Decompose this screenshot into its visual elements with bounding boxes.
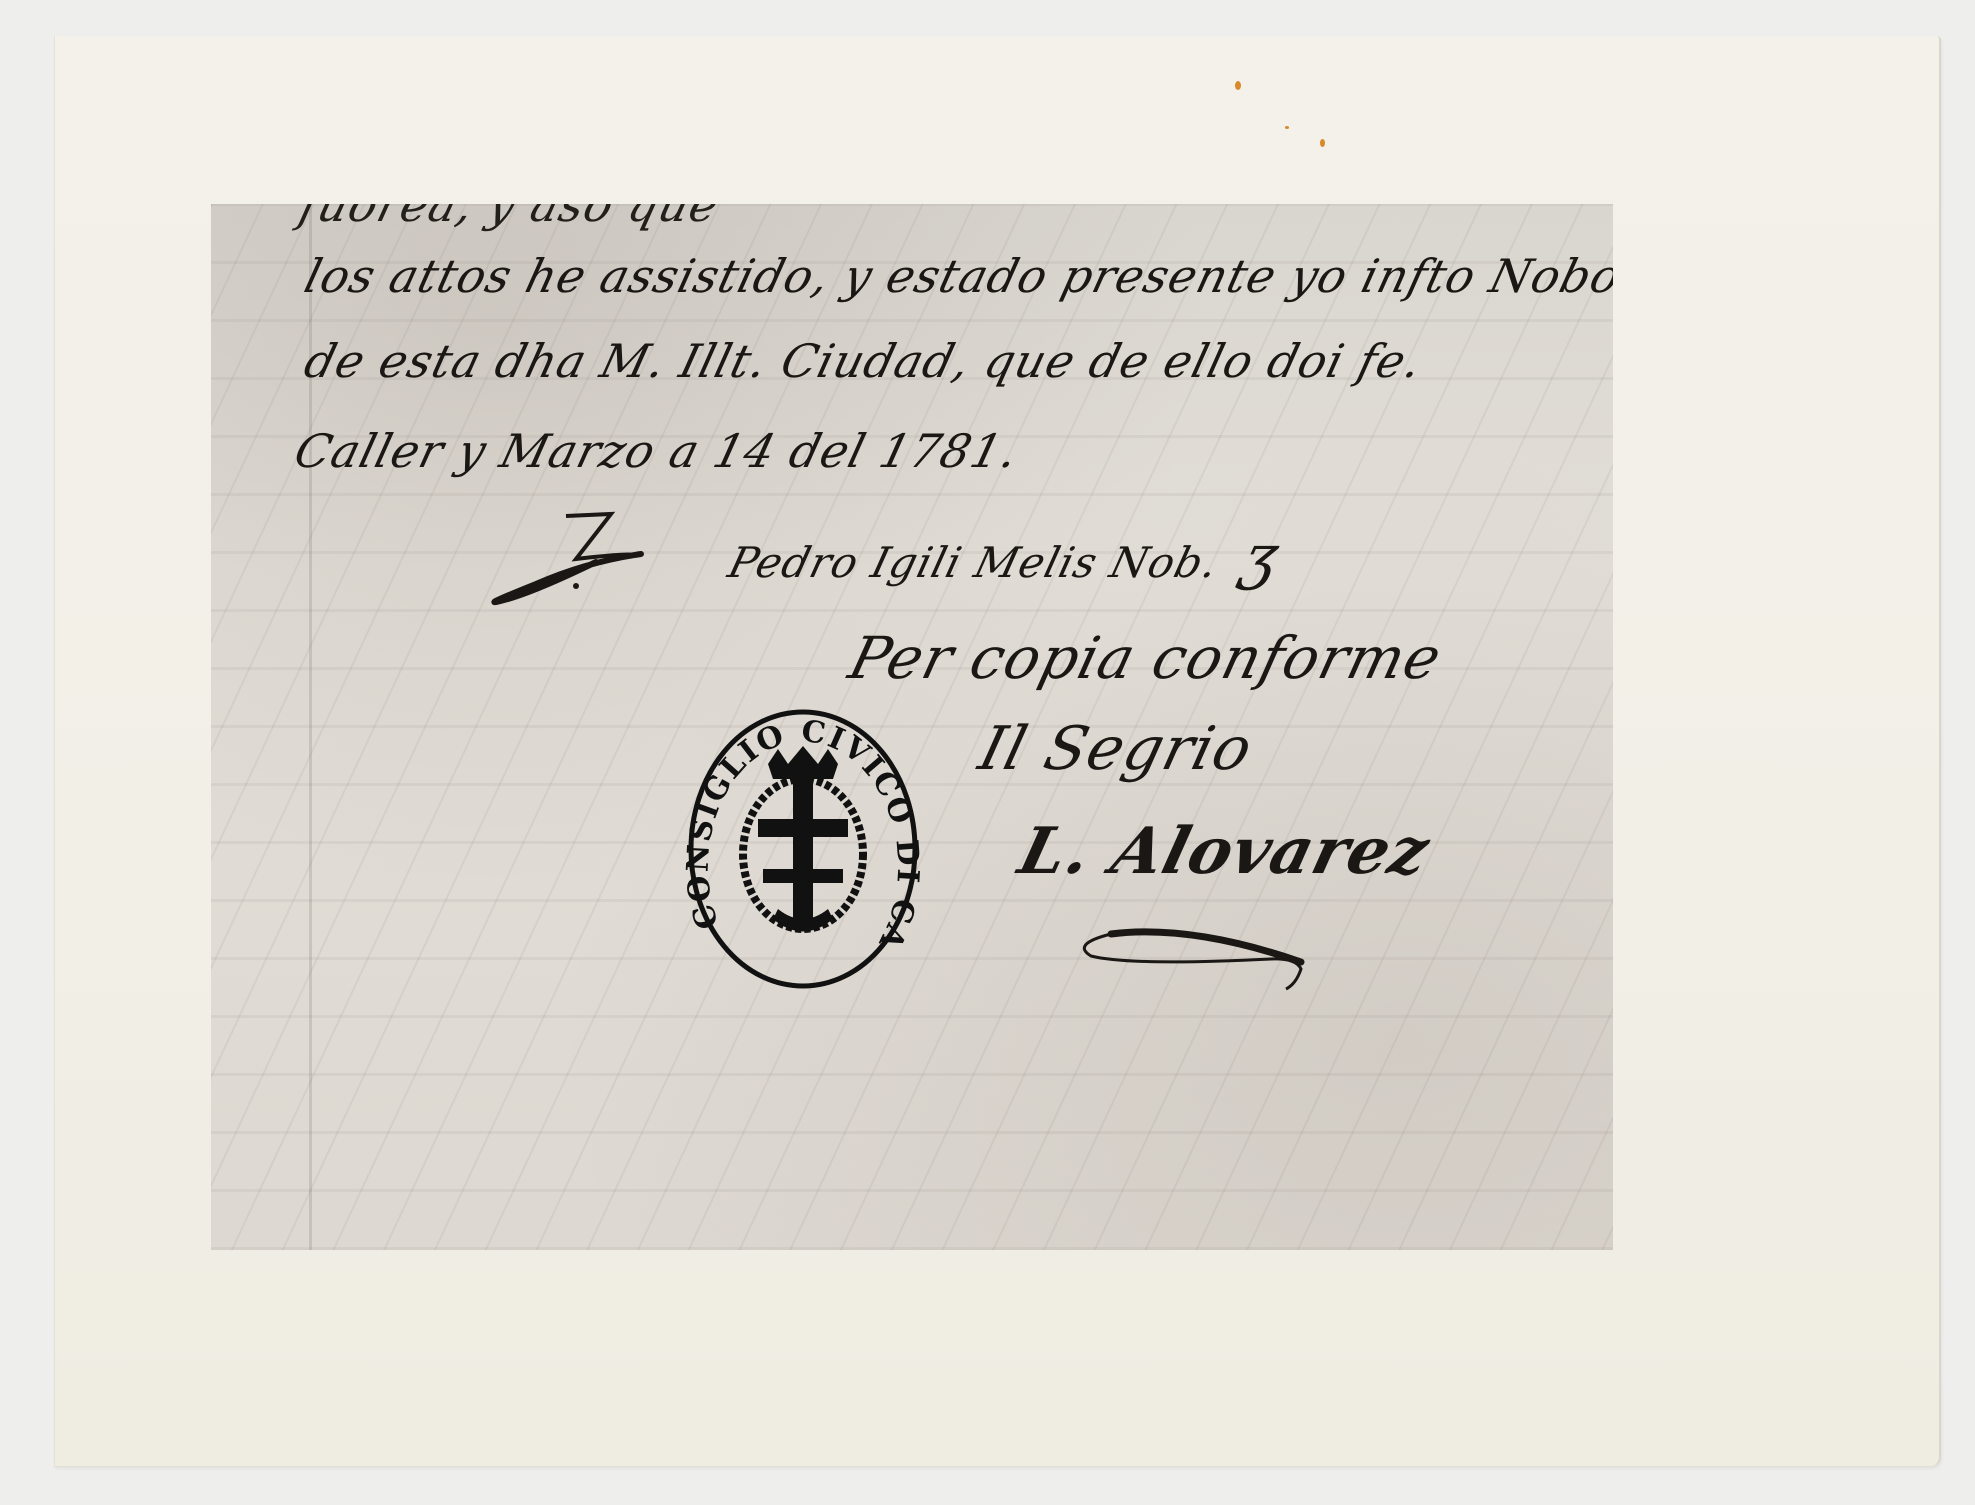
signature-underline-flourish-icon <box>1071 904 1331 994</box>
notary-signature: Pedro Igili Melis Nob. ʒ <box>722 522 1287 592</box>
signature-name: Pedro Igili Melis Nob. <box>724 538 1224 587</box>
manuscript-line-2: los attos he assistido, y estado present… <box>299 249 1613 303</box>
secretary-signature: L. Alovarez <box>1012 814 1437 889</box>
foxing-stain <box>1320 139 1325 147</box>
manuscript-date-line: Caller y Marzo a 14 del 1781. <box>289 424 1024 478</box>
foxing-stain <box>1235 81 1241 90</box>
foxing-stain <box>1285 126 1289 129</box>
stamp-seal-icon: CONSIGLIO CIVICO DI CAGLIARI <box>683 704 923 994</box>
manuscript-line-1: fuorea, y aso que <box>294 204 725 232</box>
manuscript-line-3: de esta dha M. Illt. Ciudad, que de ello… <box>299 334 1428 388</box>
certification-title-line: Il Segrio <box>972 714 1259 784</box>
civic-council-stamp: CONSIGLIO CIVICO DI CAGLIARI <box>683 704 923 994</box>
signature-mark: ʒ <box>1234 522 1286 592</box>
certification-copy-line: Per copia conforme <box>843 624 1449 692</box>
notary-flourish-icon <box>476 504 676 614</box>
archival-photograph: fuorea, y aso que los attos he assistido… <box>211 204 1613 1250</box>
